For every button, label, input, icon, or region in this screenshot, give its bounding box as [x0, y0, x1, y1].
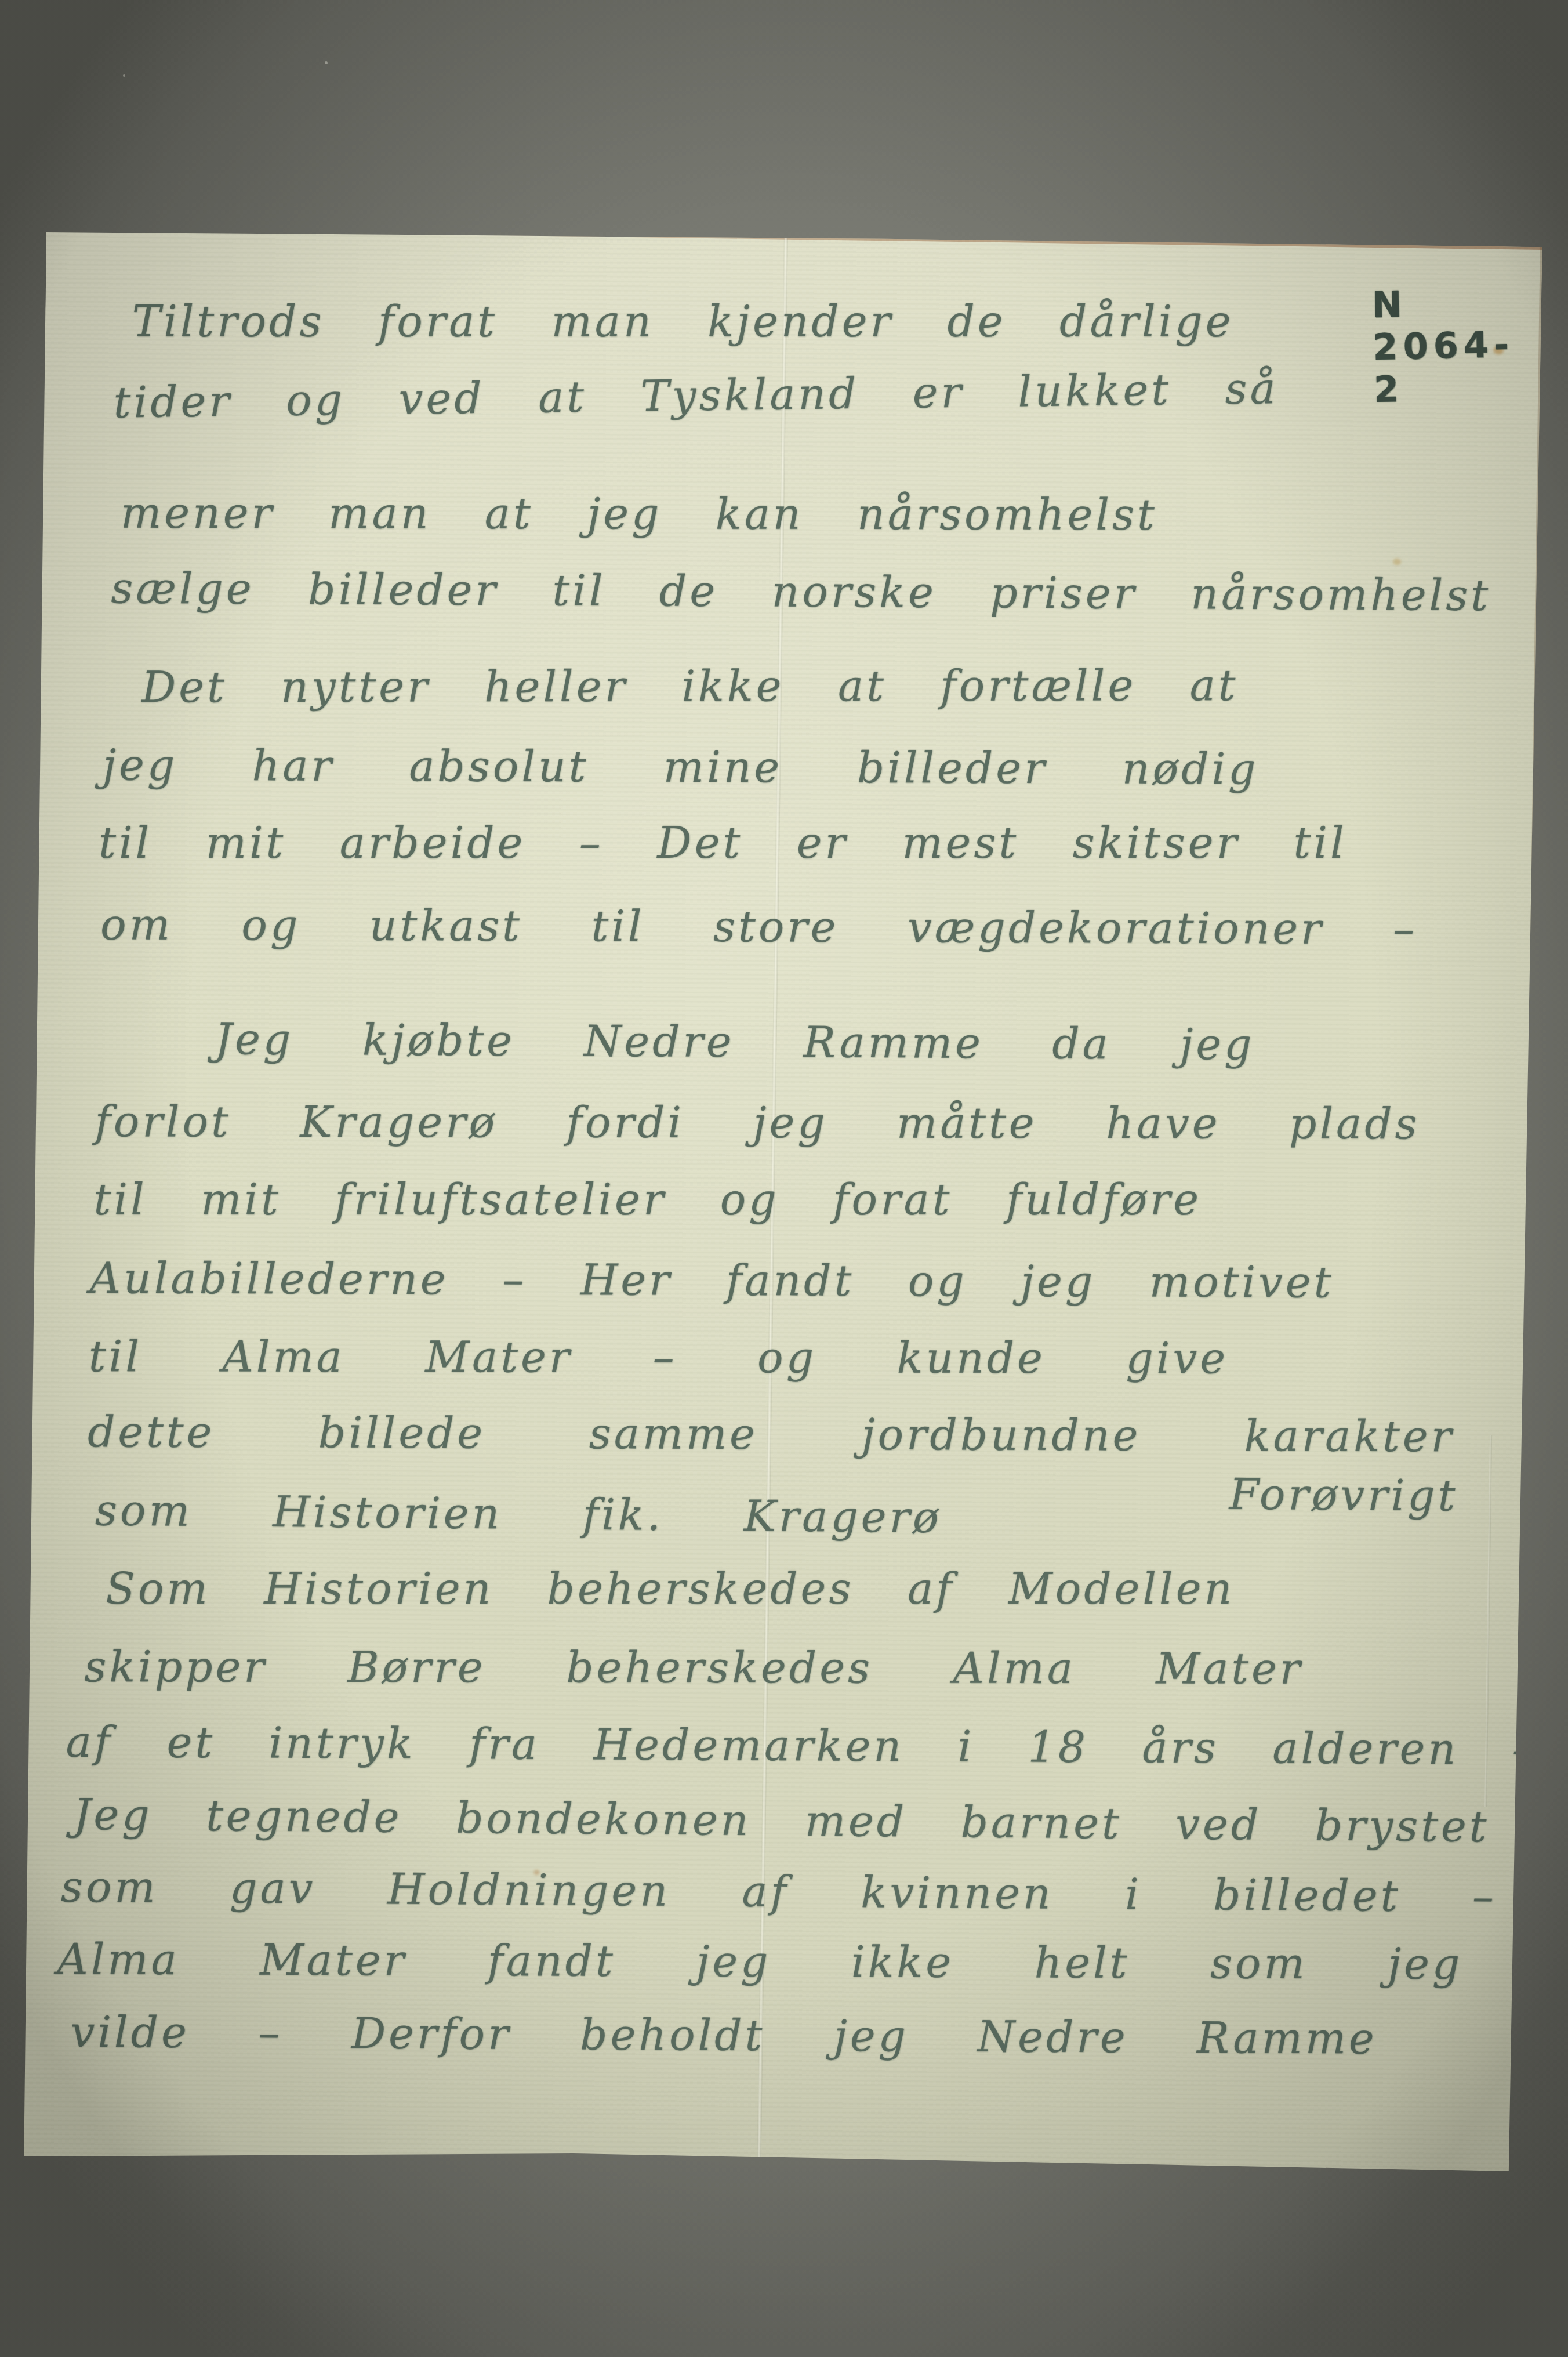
paper-right-edge [1513, 247, 1542, 2178]
handwritten-line: skipper Børre beherskedes Alma Mater [84, 1639, 1303, 1697]
letter-page: N 2064-2 Tiltrods forat man kjender de d… [20, 226, 1542, 2178]
handwritten-line: om og utkast til store vægdekorationer – [100, 897, 1417, 957]
handwritten-line: Det nytter heller ikke at fortælle at [141, 658, 1239, 715]
handwritten-line: Tiltrods forat man kjender de dårlige [132, 294, 1234, 350]
handwritten-line: jeg har absolut mine billeder nødig [103, 737, 1259, 797]
handwritten-line: forlot Kragerø fordi jeg måtte have plad… [95, 1094, 1420, 1152]
handwritten-line: dette billede samme jordbundne karakter [88, 1404, 1454, 1464]
paper-top-edge [46, 226, 1542, 250]
handwritten-line: Alma Mater fandt jeg ikke helt som jeg [57, 1932, 1462, 1993]
handwritten-line: Aulabillederne – Her fandt og jeg motive… [90, 1250, 1334, 1311]
handwritten-line: sælge billeder til de norske priser nårs… [111, 561, 1491, 624]
dust-speck [325, 61, 328, 64]
handwritten-line: Jeg kjøbte Nedre Ramme da jeg [215, 1011, 1255, 1073]
handwritten-line: mener man at jeg kan nårsomhelst [121, 485, 1157, 543]
handwritten-line: tider og ved at Tyskland er lukket så [113, 361, 1279, 431]
handwritten-line: som gav Holdningen af kvinnen i billedet… [61, 1859, 1497, 1925]
dust-speck [123, 74, 125, 77]
handwritten-line: Jeg tegnede bondekonen med barnet ved br… [73, 1787, 1490, 1855]
handwritten-line: som Historien fik. Kragerø [95, 1482, 942, 1546]
handwritten-line: til mit friluftsatelier og forat fuldfør… [94, 1172, 1202, 1228]
handwritten-line: af et intryk fra Hedemarken i 18 års ald… [66, 1714, 1537, 1778]
handwritten-line: til mit arbeide – Det er mest skitser ti… [99, 815, 1346, 871]
archive-number: N 2064-2 [1371, 280, 1542, 411]
handwritten-line: Forøvrigt [1229, 1467, 1458, 1524]
paper-stain [1393, 558, 1401, 565]
handwritten-line: vilde – Derfor beholdt jeg Nedre Ramme [70, 2004, 1377, 2067]
handwritten-line: til Alma Mater – og kunde give [89, 1329, 1228, 1387]
photo-background: N 2064-2 Tiltrods forat man kjender de d… [0, 0, 1568, 2357]
handwritten-line: Som Historien beherskedes af Modellen [106, 1561, 1235, 1617]
